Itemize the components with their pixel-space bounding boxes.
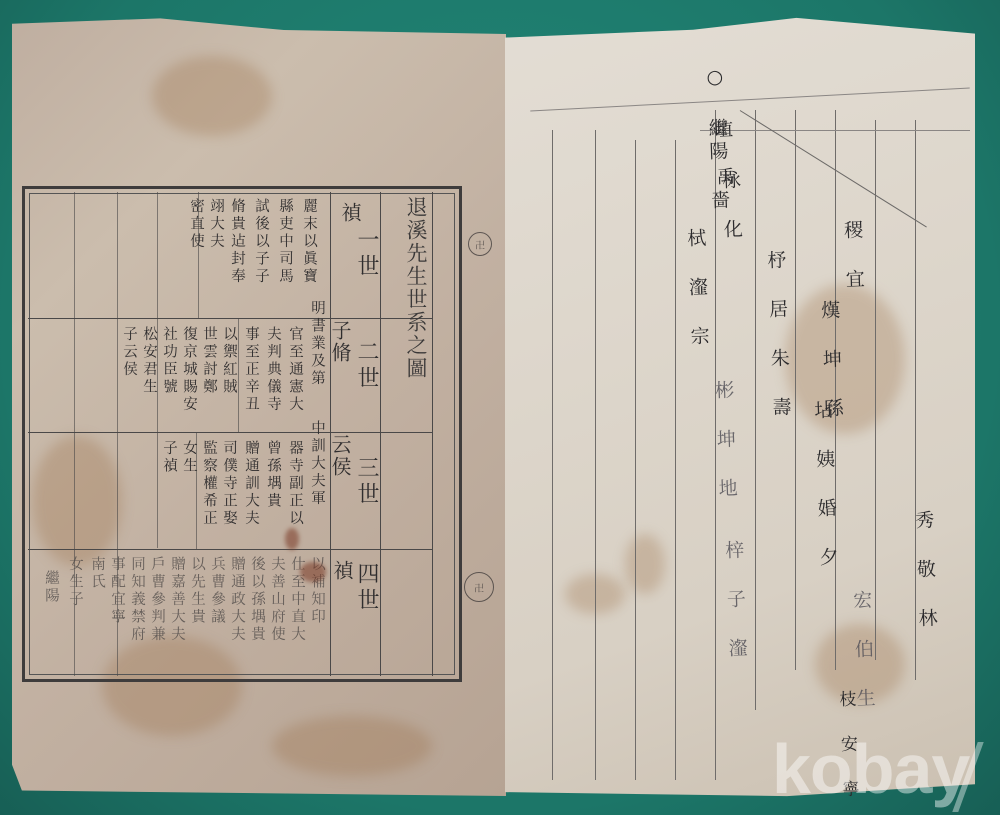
bio-line: 贈通訓大夫: [242, 440, 260, 528]
bio-line: 器寺副正以: [286, 440, 304, 528]
bio-line: 後以孫堣貴: [248, 556, 266, 644]
handwritten-note: 梓 子 瀣: [720, 540, 751, 662]
bio-line: 明書業及第: [308, 300, 326, 388]
bio-line: 試後以子子: [252, 198, 270, 286]
bio-line: 兵曹參議: [208, 556, 226, 626]
bio-line: 中訓大夫軍: [308, 420, 326, 508]
bio-line: 南氏: [88, 556, 106, 591]
bio-line: 同知義禁府: [128, 556, 146, 644]
bio-line: 社功臣號: [160, 326, 178, 396]
bio-line: 密直使: [187, 198, 205, 251]
bio-line: 戶曹參判兼: [148, 556, 166, 644]
bio-line: 松安君生: [140, 326, 158, 396]
bio-line: 曾孫堣貴: [264, 440, 282, 510]
bio-line: 司僕寺正娶: [220, 440, 238, 528]
handwritten-note: 栐 化: [717, 170, 746, 243]
watermark-logo: kobay: [772, 734, 969, 804]
title-column-divider: [432, 192, 433, 676]
bio-line: 女生: [180, 440, 198, 475]
handwritten-note: 秀 敬 林: [910, 510, 941, 632]
bio-line: 麗末以眞寶: [300, 198, 318, 286]
seal-stamp-top: 卍: [468, 232, 492, 256]
bio-line: 縣吏中司馬: [276, 198, 294, 286]
bio-line: 翊大夫: [207, 198, 225, 251]
ancestor-name-1: 禎: [340, 202, 360, 224]
bio-line: 以禦紅賊: [220, 326, 238, 396]
bio-line: 夫判典儀寺: [264, 326, 282, 414]
row-divider: [28, 432, 432, 433]
handwritten-note: 稷 宜: [839, 220, 868, 293]
handwritten-note: 彬 坤 地: [710, 380, 741, 502]
bio-line: 子禎: [160, 440, 178, 475]
bio-line: 復京城賜安: [180, 326, 198, 414]
gen-column-divider: [380, 192, 381, 676]
bio-line: 官至通憲大: [286, 326, 304, 414]
bio-line: 監察權希正: [200, 440, 218, 528]
bio-line: 子云侯: [120, 326, 138, 379]
generation-label-2: 二世: [355, 340, 377, 392]
generation-label-3: 三世: [355, 456, 377, 508]
bio-line: 脩貴迠封奉: [228, 198, 246, 286]
generation-label-1: 一世: [355, 228, 377, 280]
row-divider: [28, 549, 432, 550]
ancestor-name-4: 禎: [332, 560, 352, 582]
bio-line: 世雲討鄭: [200, 326, 218, 396]
bio-line: 事配宜寧: [108, 556, 126, 626]
bio-line: 贈通政大夫: [228, 556, 246, 644]
bio-line: 夫善山府使: [268, 556, 286, 644]
ancestor-name-3: 云侯: [330, 434, 350, 478]
handwritten-note: 栻 瀣 宗: [682, 228, 713, 350]
bio-line: 贈嘉善大夫: [168, 556, 186, 644]
bio-line: 事至正辛丑: [242, 326, 260, 414]
seal-stamp-bottom: 卍: [464, 572, 494, 602]
right-page: [505, 14, 975, 800]
row-divider: [28, 318, 432, 319]
bio-line: 繼陽: [42, 570, 60, 605]
bio-line: 以先生貴: [188, 556, 206, 626]
ancestor-name-2: 子脩: [330, 320, 350, 364]
generation-label-4: 四世: [355, 562, 377, 614]
chart-title: 退溪先生世系之圖: [405, 196, 426, 380]
bio-line: 女生子: [66, 556, 84, 609]
